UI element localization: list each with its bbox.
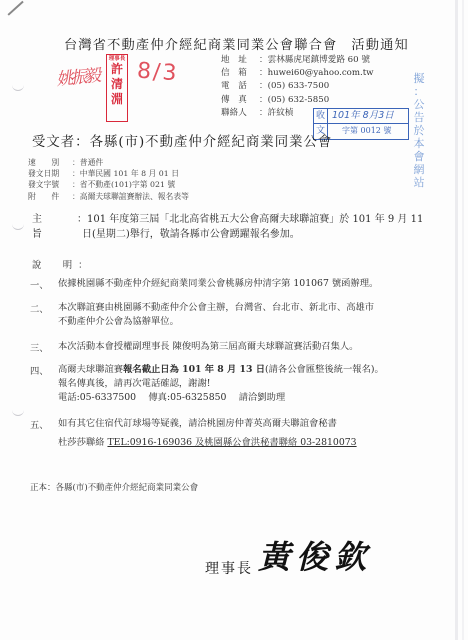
copy-to-line: 正本：各縣(市)不動產仲介經紀商業同業公會	[30, 481, 198, 493]
red-seal-stamp: 理事長 許 清 淵	[106, 54, 128, 122]
meta-doc-number: 發文字號：省不動產(101)字第 021 號	[28, 179, 189, 190]
handwritten-signature: 姚振毅	[55, 61, 99, 90]
document-meta: 速 別：普通件 發文日期：中華民國 101 年 8 月 01 日 發文字號：省不…	[28, 157, 189, 202]
received-number: 字第 0012 號	[328, 124, 408, 139]
subject-line-1: ：101 年度第三屆「北北高省桃五大公會高爾夫球聯誼賽」於 101 年 9 月 …	[77, 212, 432, 227]
contact-email: 信 箱：huwei60@yahoo.com.tw	[221, 67, 374, 80]
org-name: 台灣省不動產仲介經紀商業同業公會聯合會	[64, 38, 337, 53]
signature-role: 理事長	[205, 561, 253, 577]
list-item: 三、 本次活動本會授權副理事長 陳俊明為第三屆高爾夫球聯誼賽活動召集人。	[30, 340, 430, 354]
meta-priority: 速 別：普通件	[28, 157, 189, 168]
contact-phone: 電 話：(05) 633-7500	[221, 80, 374, 93]
recipient-value: 各縣(市)不動產仲介經紀商業同業公會	[90, 135, 333, 150]
signature-name: 黃俊欽	[258, 538, 372, 576]
received-date: 101年 8月3日	[328, 109, 408, 124]
subject-label: 主 旨	[32, 212, 76, 242]
list-item: 一、 依據桃園縣不動產仲介經紀商業同業公會桃縣房仲清字第 101067 號函辦理…	[30, 277, 430, 291]
punch-hole-mark	[12, 409, 24, 416]
vertical-handwritten-note: 擬 ： 公 告 於 本 會 網 站	[412, 72, 426, 189]
contact-phone-numbers: TEL:0916-169036 及桃園縣公會洪秘書聯絡 03-2810073	[107, 437, 356, 448]
description-label: 說 明：	[32, 257, 94, 271]
recipient-label: 受文者：	[32, 135, 90, 150]
meta-issue-date: 發文日期：中華民國 101 年 8 月 01 日	[28, 168, 189, 179]
document-title: 台灣省不動產仲介經紀商業同業公會聯合會活動通知	[64, 34, 409, 53]
contact-fax: 傳 真：(05) 632-5850	[221, 94, 374, 107]
punch-hole-mark	[12, 84, 24, 91]
subject-block: 主 旨 ：101 年度第三屆「北北高省桃五大公會高爾夫球聯誼賽」於 101 年 …	[32, 212, 432, 242]
recipient-line: 受文者：各縣(市)不動產仲介經紀商業同業公會	[32, 131, 332, 150]
document-page: 台灣省不動產仲介經紀商業同業公會聯合會活動通知 地 址：雲林縣虎尾鎮博愛路 60…	[0, 0, 468, 640]
subject-line-2: 日(星期二)舉行，敬請各縣市公會踴躍報名參加。	[82, 227, 432, 242]
list-item: 四、 高爾夫球聯誼賽報名截止日為 101 年 8 月 13 日(請各公會匯整後統…	[30, 363, 430, 405]
copy-to-value: 各縣(市)不動產仲介經紀商業同業公會	[56, 483, 199, 493]
punch-hole-mark	[12, 223, 24, 230]
scan-edge	[462, 0, 464, 640]
list-item: 五、 如有其它住宿代訂球場等疑義，請洽桃園房仲菁英高爾夫聯誼會秘書 杜莎莎聯絡 …	[30, 417, 430, 450]
scan-edge	[455, 0, 458, 640]
chairman-signature: 理事長 黃俊欽	[205, 532, 372, 578]
handwritten-date: 8/3	[136, 59, 179, 87]
deadline-text: 報名截止日為 101 年 8 月 13 日	[123, 364, 265, 375]
meta-attachments: 附 件：高爾夫球聯誼賽辦法、報名表等	[28, 191, 189, 202]
list-item: 二、 本次聯誼賽由桃園縣不動產仲介公會主辦，台灣省、台北市、新北市、高雄市 不動…	[30, 301, 430, 329]
contact-address: 地 址：雲林縣虎尾鎮博愛路 60 號	[221, 54, 374, 67]
copy-to-label: 正本：	[30, 483, 56, 493]
notice-label: 活動通知	[351, 38, 409, 53]
pen-mark	[7, 1, 23, 15]
